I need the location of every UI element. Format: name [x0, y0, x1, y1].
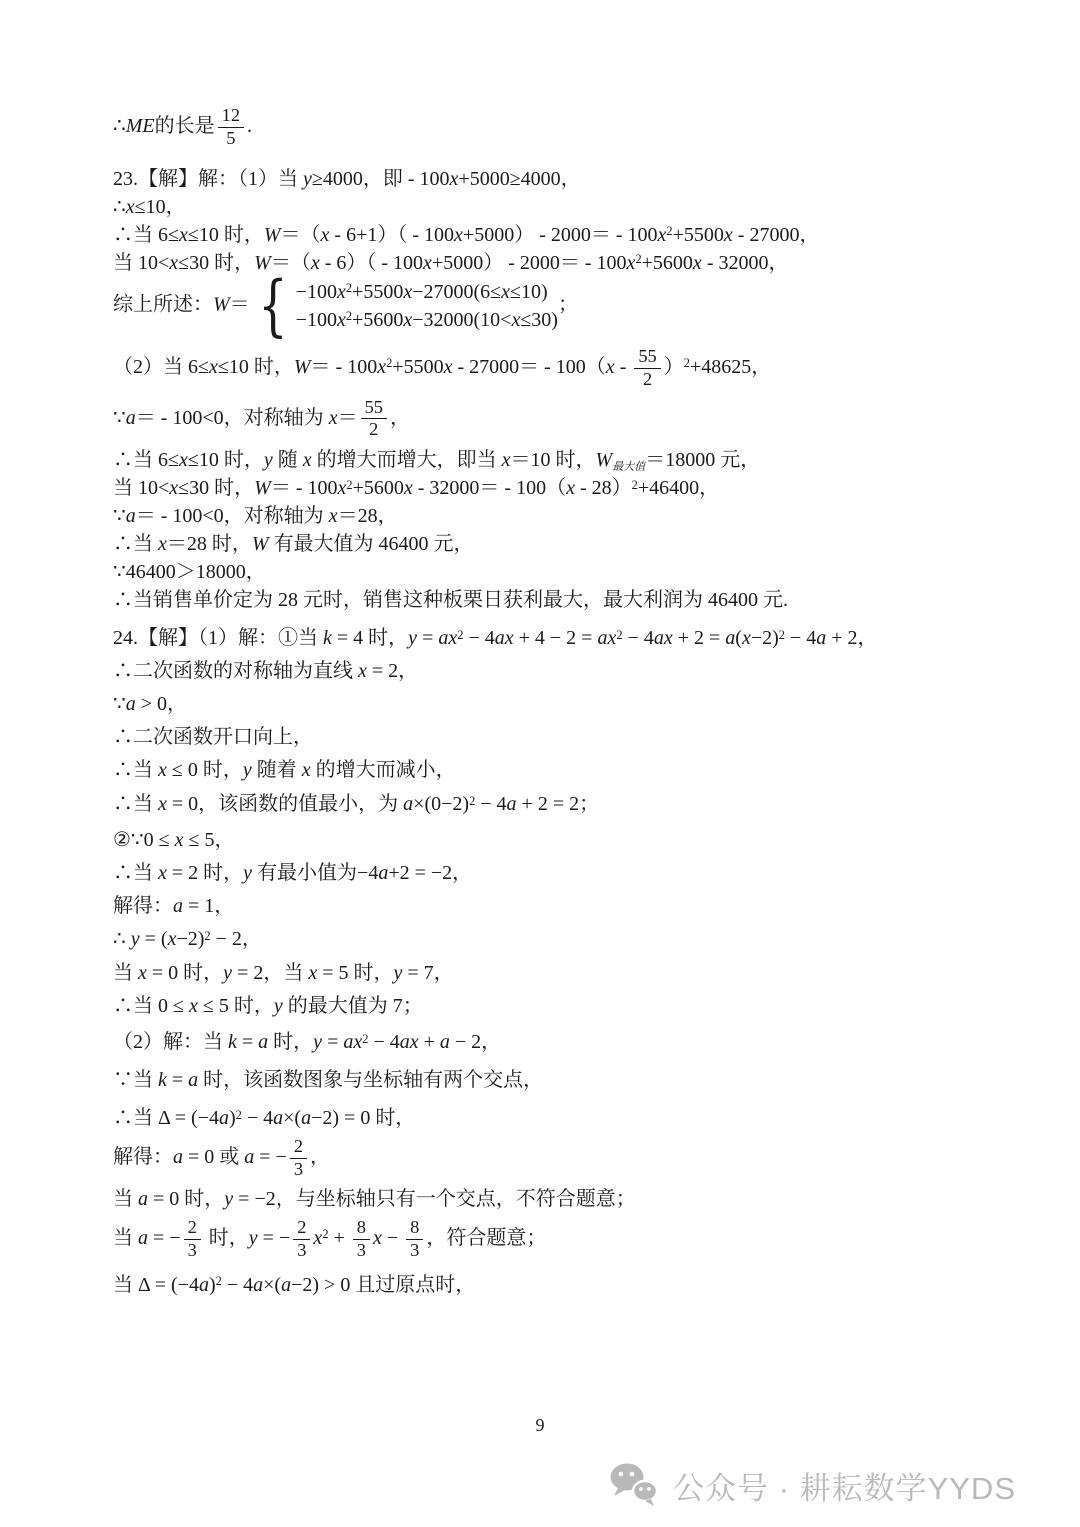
text-line: ∴ y = (x−2)2 − 2，	[113, 925, 1018, 953]
watermark: 公众号 · 耕耘数学YYDS	[607, 1462, 1016, 1508]
text-line: 解得：a = 0 或 a = −23，	[113, 1137, 1018, 1180]
text-line: 当 10<x≤30 时，W＝（x - 6）（ - 100x+5000） - 20…	[113, 249, 1018, 277]
text-line: ∴二次函数开口向上，	[113, 723, 1018, 751]
text-line: 23.【解】解：（1）当 y≥4000，即 - 100x+5000≥4000，	[113, 165, 1018, 193]
text-line: ∴当 x ≤ 0 时，y 随着 x 的增大而减小，	[113, 756, 1018, 784]
text-line: 综上所述：W＝{−100x2+5500x−27000(6≤x≤10)−100x2…	[113, 277, 1018, 335]
page-number: 9	[0, 1415, 1080, 1436]
text-line: ∴当 x = 0，该函数的值最小，为 a×(0−2)2 − 4a + 2 = 2…	[113, 790, 1018, 818]
text-line: 当 Δ = (−4a)2 − 4a×(a−2) > 0 且过原点时，	[113, 1271, 1018, 1299]
text-line: ∴当销售单价定为 28 元时，销售这种板栗日获利最大，最大利润为 46400 元…	[113, 586, 1018, 614]
text-line: 解得：a = 1，	[113, 892, 1018, 920]
text-line: 24.【解】（1）解：①当 k = 4 时，y = ax2 − 4ax + 4 …	[113, 624, 1018, 652]
text-line: 当 a = 0 时，y = −2，与坐标轴只有一个交点，不符合题意；	[113, 1185, 1018, 1213]
text-line: （2）解：当 k = a 时，y = ax2 − 4ax + a − 2，	[113, 1028, 1018, 1056]
text-line: ∵a＝ - 100<0，对称轴为 x＝552，	[113, 398, 1018, 441]
text-line: ∴当 x＝28 时，W 有最大值为 46400 元，	[113, 530, 1018, 558]
text-line: ∵a＝ - 100<0，对称轴为 x＝28，	[113, 502, 1018, 530]
text-line: ∵46400＞18000，	[113, 558, 1018, 586]
text-line: ∴当 Δ = (−4a)2 − 4a×(a−2) = 0 时，	[113, 1104, 1018, 1132]
text-line: ∴当 6≤x≤10 时，W＝（x - 6+1）（ - 100x+5000） - …	[113, 221, 1018, 249]
text-line: ∴二次函数的对称轴为直线 x = 2，	[113, 657, 1018, 685]
watermark-label: 公众号 · 耕耘数学YYDS	[673, 1463, 1016, 1508]
solution-content: ∴ME的长是125.23.【解】解：（1）当 y≥4000，即 - 100x+5…	[113, 106, 1018, 1304]
text-line: ∴当 6≤x≤10 时，y 随 x 的增大而增大，即当 x＝10 时，W最大值＝…	[113, 446, 1018, 474]
text-line: 当 a = −23 时，y = −23x2 + 83x − 83，符合题意；	[113, 1218, 1018, 1261]
text-line: ∴ME的长是125.	[113, 106, 1018, 149]
text-line: ∵a > 0，	[113, 690, 1018, 718]
text-line: （2）当 6≤x≤10 时，W＝ - 100x2+5500x - 27000＝ …	[113, 347, 1018, 390]
text-line: 当 x = 0 时，y = 2，当 x = 5 时，y = 7，	[113, 959, 1018, 987]
text-line: 当 10<x≤30 时，W＝ - 100x2+5600x - 32000＝ - …	[113, 474, 1018, 502]
text-line: ②∵0 ≤ x ≤ 5，	[113, 826, 1018, 854]
text-line: ∴x≤10，	[113, 193, 1018, 221]
text-line: ∴当 x = 2 时，y 有最小值为−4a+2 = −2，	[113, 859, 1018, 887]
wechat-icon	[607, 1462, 661, 1508]
text-line: ∴当 0 ≤ x ≤ 5 时，y 的最大值为 7；	[113, 992, 1018, 1020]
text-line: ∵当 k = a 时，该函数图象与坐标轴有两个交点，	[113, 1066, 1018, 1094]
